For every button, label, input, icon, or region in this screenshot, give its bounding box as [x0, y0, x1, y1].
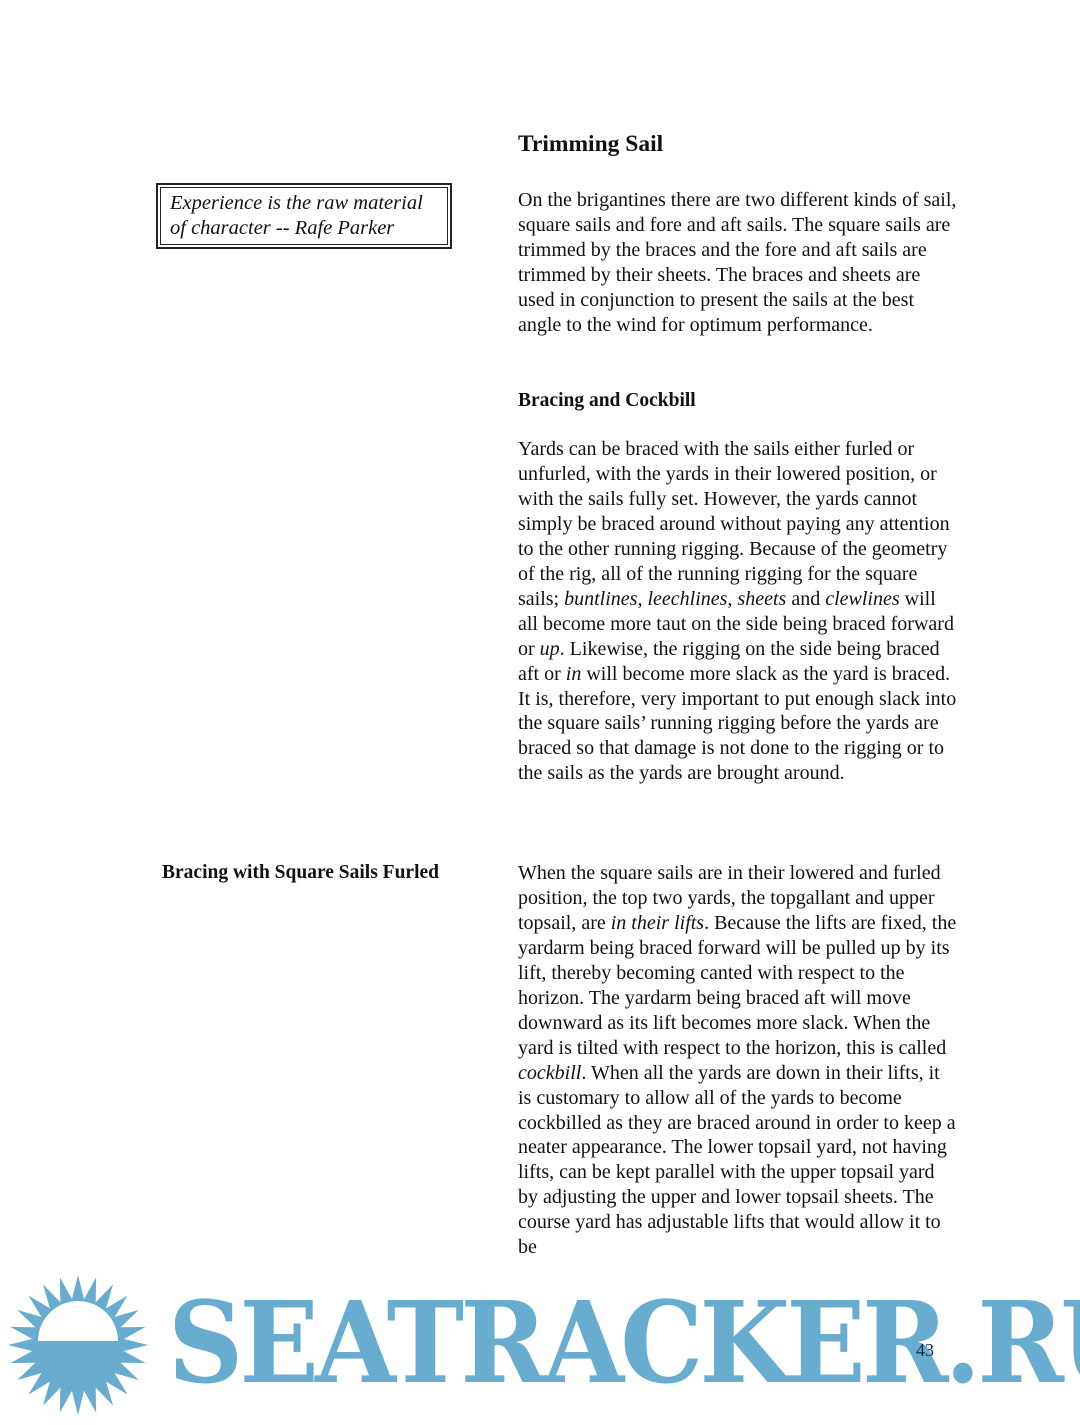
term-cockbill: cockbill	[518, 1062, 581, 1084]
text-run: Yards can be braced with the sails eithe…	[518, 438, 950, 610]
term-in-their-lifts: in their lifts	[611, 912, 704, 934]
intro-paragraph: On the brigantines there are two differe…	[518, 188, 958, 338]
quote-line-1: Experience is the raw material	[170, 191, 447, 216]
section-heading-bracing-cockbill: Bracing and Cockbill	[518, 388, 696, 413]
bracing-paragraph-block: Yards can be braced with the sails eithe…	[518, 437, 958, 786]
text-run: ,	[727, 588, 737, 610]
text-run: and	[786, 588, 825, 610]
watermark-text: SEATRACKER.RU	[168, 1288, 1080, 1400]
side-heading-bracing-furled: Bracing with Square Sails Furled	[162, 860, 439, 885]
term-clewlines: clewlines	[825, 588, 899, 610]
term-leechlines: leechlines	[647, 588, 727, 610]
furled-paragraph-block: When the square sails are in their lower…	[518, 861, 958, 1260]
quote-line-2: of character -- Rafe Parker	[170, 216, 447, 241]
quote-text: Experience is the raw material of charac…	[160, 187, 448, 245]
term-sheets: sheets	[737, 588, 786, 610]
page-title: Trimming Sail	[518, 128, 663, 160]
text-run: will become more slack as the yard is br…	[518, 663, 956, 785]
bracing-paragraph: Yards can be braced with the sails eithe…	[518, 437, 958, 786]
term-in: in	[566, 663, 582, 685]
intro-paragraph-block: On the brigantines there are two differe…	[518, 188, 958, 338]
term-buntlines: buntlines	[564, 588, 637, 610]
term-up: up	[540, 638, 560, 660]
text-run: . When all the yards are down in their l…	[518, 1062, 956, 1259]
quote-box: Experience is the raw material of charac…	[156, 183, 452, 249]
text-run: ,	[637, 588, 647, 610]
furled-paragraph: When the square sails are in their lower…	[518, 861, 958, 1260]
page-number: 43	[916, 1339, 934, 1361]
